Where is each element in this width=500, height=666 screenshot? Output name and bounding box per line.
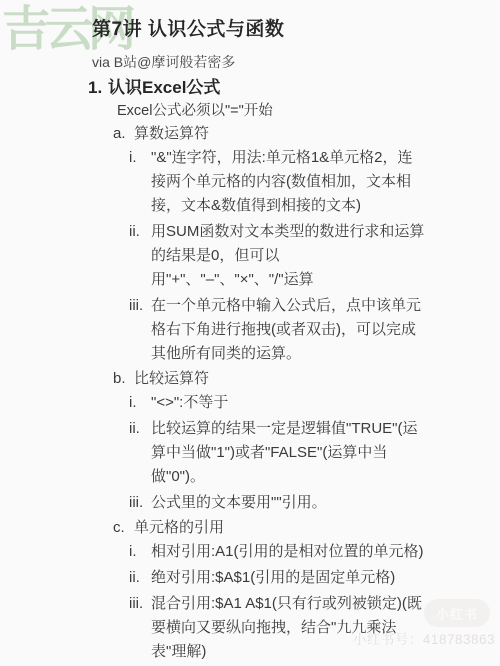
list-marker: a. — [113, 124, 134, 144]
list-marker: c. — [113, 518, 134, 538]
list-item-text: "<>":不等于 — [151, 391, 490, 415]
xiaohongshu-logo-text: 小红书 — [436, 604, 478, 623]
list-marker: iii. — [129, 491, 151, 515]
list-marker: i. — [129, 391, 151, 415]
list-marker: iii. — [129, 294, 151, 366]
list-item-letter-c: c. 单元格的引用 — [113, 518, 500, 538]
list-marker: i. — [129, 146, 151, 218]
list-item-roman: iii. 公式里的文本要用""引用。 — [129, 491, 490, 515]
list-item-roman: i. 相对引用:A1(引用的是相对位置的单元格) — [129, 540, 490, 564]
text-line: 用SUM函数对文本类型的数进行求和运算 — [151, 220, 490, 244]
list-marker: ii. — [129, 417, 151, 489]
list-item-roman: ii. 比较运算的结果一定是逻辑值"TRUE"(运 算中当做"1")或者"FAL… — [129, 417, 490, 489]
page-title: 第7讲 认识公式与函数 — [92, 17, 500, 42]
text-line: 做"0")。 — [151, 465, 490, 489]
text-line: 其他所有同类的运算。 — [151, 342, 490, 366]
list-item-roman: ii. 用SUM函数对文本类型的数进行求和运算 的结果是0，但可以 用"+"、"… — [129, 220, 490, 292]
section-number-marker: 1. — [88, 77, 108, 98]
section-heading-label: 认识Excel公式 — [108, 77, 220, 98]
text-line: "&"连字符，用法:单元格1&单元格2，连 — [151, 146, 490, 170]
text-line: 绝对引用:$A$1(引用的是固定单元格) — [151, 566, 490, 590]
text-line: 公式里的文本要用""引用。 — [151, 491, 490, 515]
list-item-label: 单元格的引用 — [134, 518, 224, 538]
list-item-text: 相对引用:A1(引用的是相对位置的单元格) — [151, 540, 490, 564]
xiaohongshu-account-watermark: 小红书号：418783863 — [353, 631, 495, 649]
text-line: 用"+"、"–"、"×"、"/"运算 — [151, 268, 490, 292]
list-item-text: 绝对引用:$A$1(引用的是固定单元格) — [151, 566, 490, 590]
list-item-text: "&"连字符，用法:单元格1&单元格2，连 接两个单元格的内容(数值相加，文本相… — [151, 146, 490, 218]
text-line: "<>":不等于 — [151, 391, 490, 415]
list-item-roman: i. "&"连字符，用法:单元格1&单元格2，连 接两个单元格的内容(数值相加，… — [129, 146, 490, 218]
list-item-label: 算数运算符 — [134, 124, 209, 144]
list-item-letter-b: b. 比较运算符 — [113, 369, 500, 389]
text-line: 在一个单元格中输入公式后，点中该单元 — [151, 294, 490, 318]
text-line: 算中当做"1")或者"FALSE"(运算中当 — [151, 441, 490, 465]
list-item-text: 比较运算的结果一定是逻辑值"TRUE"(运 算中当做"1")或者"FALSE"(… — [151, 417, 490, 489]
list-item-roman: iii. 在一个单元格中输入公式后，点中该单元 格右下角进行拖拽(或者双击)，可… — [129, 294, 490, 366]
source-attribution: via B站@摩诃般若密多 — [92, 54, 500, 70]
notes-page: 吉云网 第7讲 认识公式与函数 via B站@摩诃般若密多 1. 认识Excel… — [0, 0, 500, 666]
list-marker: b. — [113, 369, 134, 389]
text-line: 比较运算的结果一定是逻辑值"TRUE"(运 — [151, 417, 490, 441]
list-item-roman: i. "<>":不等于 — [129, 391, 490, 415]
text-line: 接两个单元格的内容(数值相加，文本相 — [151, 170, 490, 194]
list-item-label: 比较运算符 — [134, 369, 209, 389]
text-line: 的结果是0，但可以 — [151, 244, 490, 268]
list-item-roman: ii. 绝对引用:$A$1(引用的是固定单元格) — [129, 566, 490, 590]
text-line: 格右下角进行拖拽(或者双击)，可以完成 — [151, 318, 490, 342]
text-line: 相对引用:A1(引用的是相对位置的单元格) — [151, 540, 490, 564]
list-item-text: 在一个单元格中输入公式后，点中该单元 格右下角进行拖拽(或者双击)，可以完成 其… — [151, 294, 490, 366]
section-heading: 1. 认识Excel公式 — [88, 77, 500, 98]
list-marker: i. — [129, 540, 151, 564]
list-item-text: 公式里的文本要用""引用。 — [151, 491, 490, 515]
list-item-text: 用SUM函数对文本类型的数进行求和运算 的结果是0，但可以 用"+"、"–"、"… — [151, 220, 490, 292]
xiaohongshu-logo-badge: 小红书 — [424, 599, 490, 627]
list-marker: iii. — [129, 592, 151, 664]
list-marker: ii. — [129, 566, 151, 590]
text-line: 接，文本&数值得到相接的文本) — [151, 194, 490, 218]
note-content: 第7讲 认识公式与函数 via B站@摩诃般若密多 1. 认识Excel公式 E… — [0, 0, 500, 664]
section-intro-text: Excel公式必须以"="开始 — [117, 102, 500, 121]
list-item-letter-a: a. 算数运算符 — [113, 124, 500, 144]
list-marker: ii. — [129, 220, 151, 292]
